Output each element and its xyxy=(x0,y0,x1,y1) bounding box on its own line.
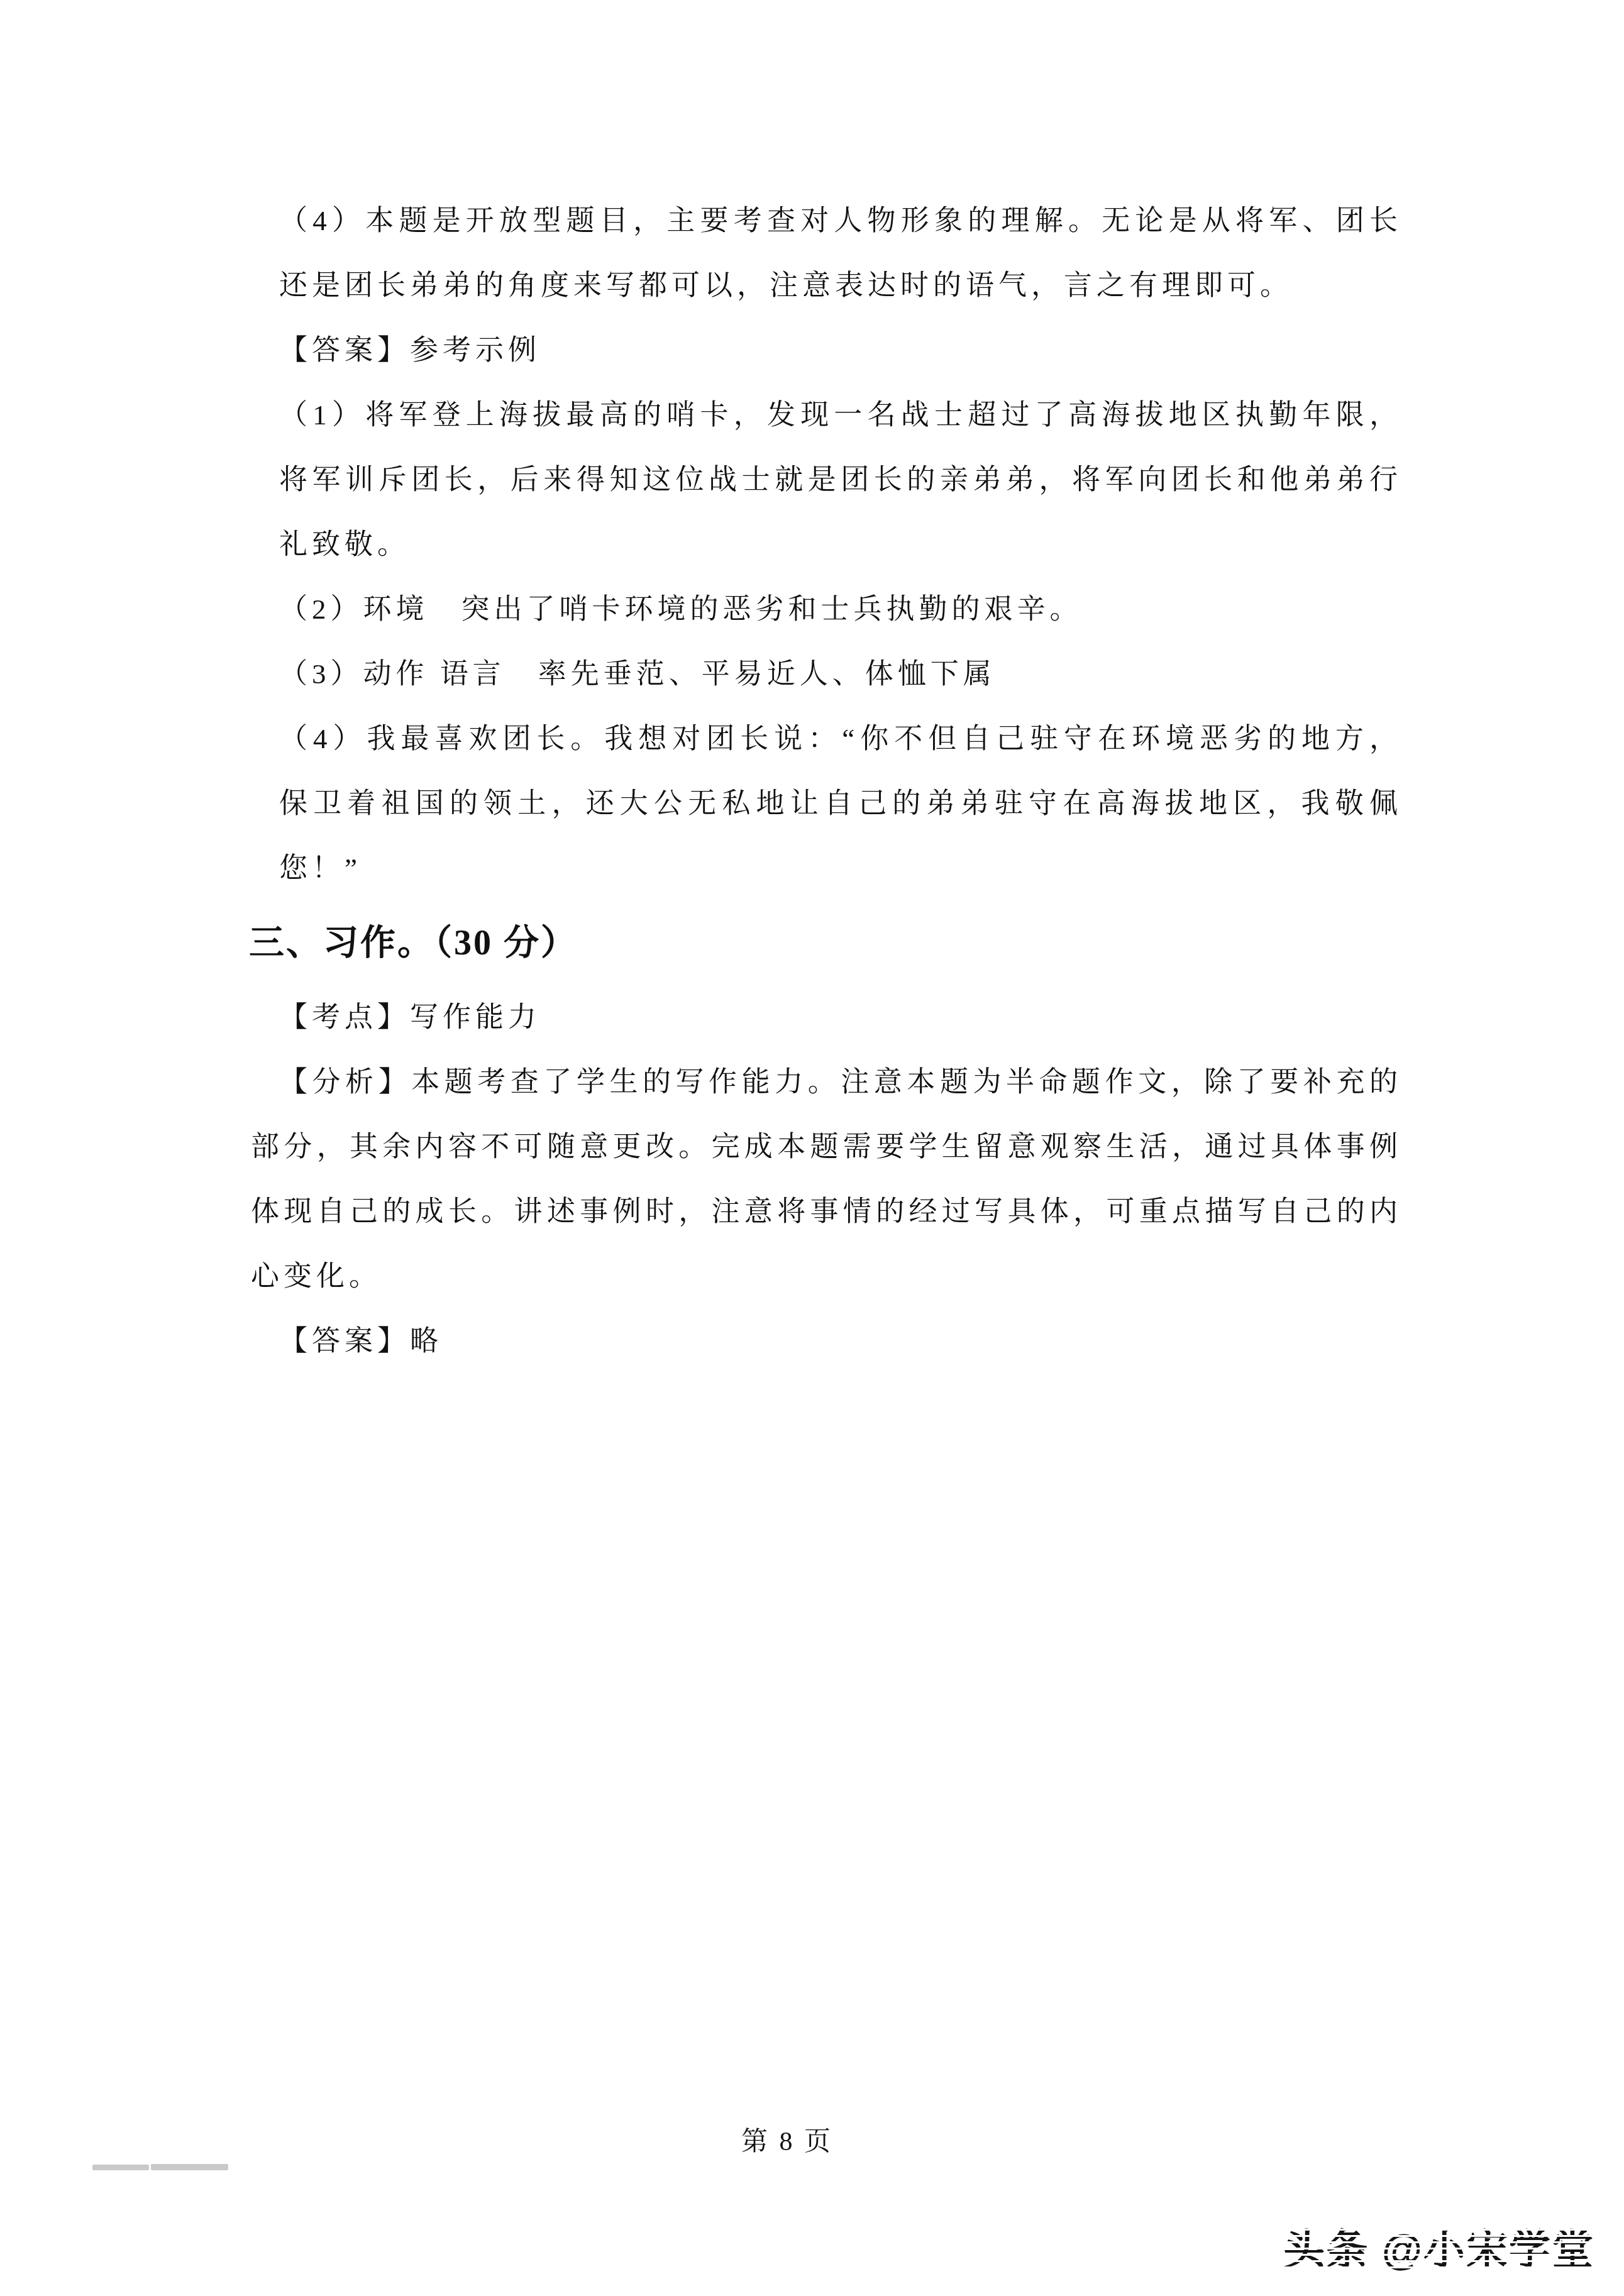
text-line: （2）环境 突出了哨卡环境的恶劣和士兵执勤的艰辛。 xyxy=(279,577,1402,642)
answer-explanation-block: （4）本题是开放型题目，主要考查对人物形象的理解。无论是从将军、团长还是团长弟弟… xyxy=(251,189,1402,901)
text-line: 【分析】本题考查了学生的写作能力。注意本题为半命题作文，除了要补充的 xyxy=(279,1050,1402,1115)
text-line: （4）本题是开放型题目，主要考查对人物形象的理解。无论是从将军、团长 xyxy=(279,189,1402,253)
composition-block: 【考点】写作能力【分析】本题考查了学生的写作能力。注意本题为半命题作文，除了要补… xyxy=(251,985,1402,1374)
watermark: 头条 @小宋学堂 xyxy=(1283,2218,1594,2281)
text-line: 【答案】略 xyxy=(279,1309,1402,1374)
scan-artifact-mark xyxy=(92,2165,149,2170)
text-line: 部分，其余内容不可随意更改。完成本题需要学生留意观察生活，通过具体事例 xyxy=(251,1115,1402,1179)
text-line: 保卫着祖国的领土，还大公无私地让自己的弟弟驻守在高海拔地区，我敬佩 xyxy=(279,771,1402,836)
text-line: （4）我最喜欢团长。我想对团长说：“你不但自己驻守在环境恶劣的地方， xyxy=(279,707,1402,771)
text-line: （3）动作 语言 率先垂范、平易近人、体恤下属 xyxy=(279,642,1402,707)
page-number: 第 8 页 xyxy=(741,2127,833,2157)
document-content: （4）本题是开放型题目，主要考查对人物形象的理解。无论是从将军、团长还是团长弟弟… xyxy=(251,189,1402,1374)
text-line: 将军训斥团长，后来得知这位战士就是团长的亲弟弟，将军向团长和他弟弟行 xyxy=(279,448,1402,512)
document-page: （4）本题是开放型题目，主要考查对人物形象的理解。无论是从将军、团长还是团长弟弟… xyxy=(0,0,1624,2296)
text-line: 礼致敬。 xyxy=(279,512,1402,577)
text-line: 还是团长弟弟的角度来写都可以，注意表达时的语气，言之有理即可。 xyxy=(279,253,1402,318)
text-line: 您！” xyxy=(279,836,1402,901)
text-line: 【答案】参考示例 xyxy=(279,318,1402,383)
text-line: 【考点】写作能力 xyxy=(279,985,1402,1050)
scan-artifact-mark xyxy=(151,2164,228,2170)
text-line: （1）将军登上海拔最高的哨卡，发现一名战士超过了高海拔地区执勤年限， xyxy=(279,383,1402,448)
text-line: 心变化。 xyxy=(251,1244,1402,1309)
text-line: 体现自己的成长。讲述事例时，注意将事情的经过写具体，可重点描写自己的内 xyxy=(251,1179,1402,1244)
section-heading: 三、习作。（30 分） xyxy=(249,901,1402,985)
